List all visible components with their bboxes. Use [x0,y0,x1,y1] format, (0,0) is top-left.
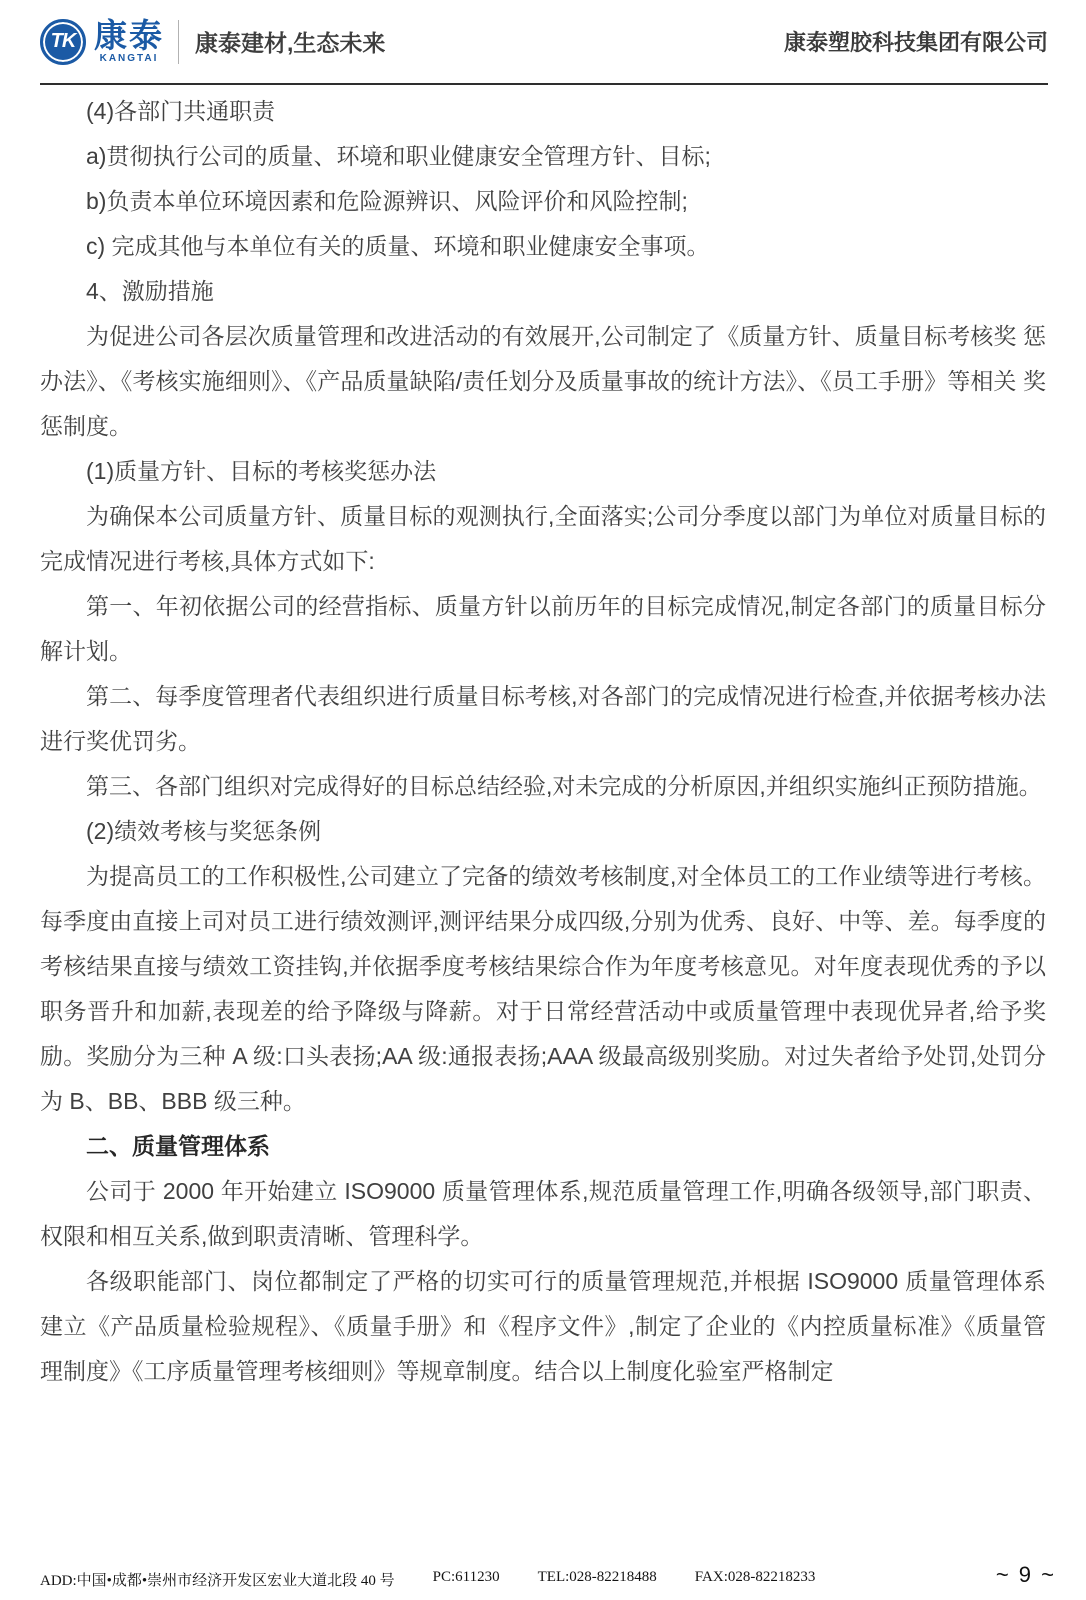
paragraph: 公司于 2000 年开始建立 ISO9000 质量管理体系,规范质量管理工作,明… [40,1169,1046,1259]
section-heading: 二、质量管理体系 [40,1124,1046,1169]
paragraph: 4、激励措施 [40,269,1046,314]
brand-name-en: KANGTAI [100,54,159,64]
brand-block: 康泰 KANGTAI [94,19,164,64]
paragraph: 第三、各部门组织对完成得好的目标总结经验,对未完成的分析原因,并组织实施纠正预防… [40,764,1046,809]
document-page: TK 康泰 KANGTAI 康泰建材,生态未来 康泰塑胶科技集团有限公司 (4)… [0,0,1086,1600]
kangtai-tk-logo-icon: TK [40,19,86,65]
footer-contact-info: ADD:中国•成都•崇州市经济开发区宏业大道北段 40 号 PC:611230 … [40,1569,815,1590]
brand-name-cn: 康泰 [94,19,164,52]
paragraph: c) 完成其他与本单位有关的质量、环境和职业健康安全事项。 [40,224,1046,269]
header-divider [178,20,179,64]
paragraph: a)贯彻执行公司的质量、环境和职业健康安全管理方针、目标; [40,134,1046,179]
page-header: TK 康泰 KANGTAI 康泰建材,生态未来 康泰塑胶科技集团有限公司 [40,0,1048,85]
paragraph: 各级职能部门、岗位都制定了严格的切实可行的质量管理规范,并根据 ISO9000 … [40,1259,1046,1394]
page-footer: ADD:中国•成都•崇州市经济开发区宏业大道北段 40 号 PC:611230 … [40,1564,1056,1590]
company-name: 康泰塑胶科技集团有限公司 [784,26,1048,57]
paragraph: 第二、每季度管理者代表组织进行质量目标考核,对各部门的完成情况进行检查,并依据考… [40,674,1046,764]
paragraph: (1)质量方针、目标的考核奖惩办法 [40,449,1046,494]
company-logo: TK 康泰 KANGTAI 康泰建材,生态未来 [40,19,385,65]
footer-tel: TEL:028-82218488 [538,1569,657,1590]
paragraph: b)负责本单位环境因素和危险源辨识、风险评价和风险控制; [40,179,1046,224]
page-number: ~ 9 ~ [996,1562,1056,1588]
paragraph: 为促进公司各层次质量管理和改进活动的有效展开,公司制定了《质量方针、质量目标考核… [40,314,1046,449]
footer-fax: FAX:028-82218233 [695,1569,816,1590]
paragraph: 第一、年初依据公司的经营指标、质量方针以前历年的目标完成情况,制定各部门的质量目… [40,584,1046,674]
paragraph: (2)绩效考核与奖惩条例 [40,809,1046,854]
paragraph: 为确保本公司质量方针、质量目标的观测执行,全面落实;公司分季度以部门为单位对质量… [40,494,1046,584]
footer-address: ADD:中国•成都•崇州市经济开发区宏业大道北段 40 号 [40,1569,395,1590]
document-body: (4)各部门共通职责a)贯彻执行公司的质量、环境和职业健康安全管理方针、目标;b… [40,89,1046,1394]
paragraph: (4)各部门共通职责 [40,89,1046,134]
footer-postal-code: PC:611230 [433,1569,500,1590]
header-tagline: 康泰建材,生态未来 [195,25,385,58]
paragraph: 为提高员工的工作积极性,公司建立了完备的绩效考核制度,对全体员工的工作业绩等进行… [40,854,1046,1124]
